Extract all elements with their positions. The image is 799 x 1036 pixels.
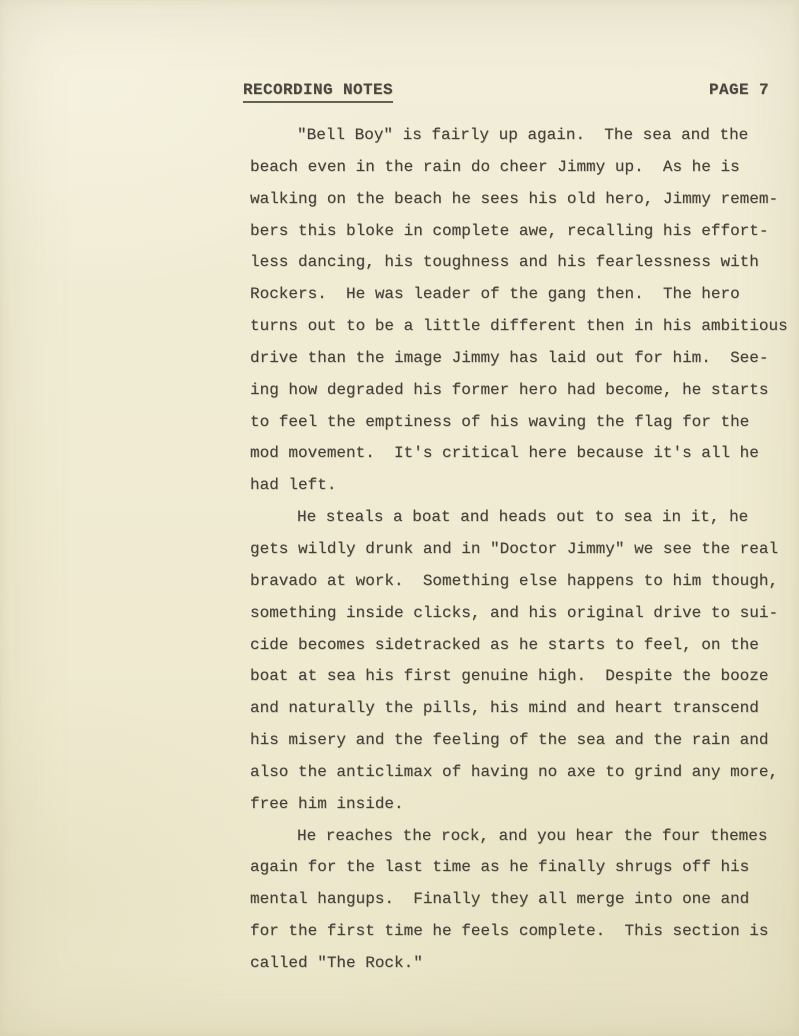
text-line: had left. [250, 470, 796, 502]
text-line: mod movement. It's critical here because… [250, 438, 796, 470]
text-line: again for the last time as he finally sh… [250, 852, 796, 884]
paragraph: "Bell Boy" is fairly up again. The sea a… [250, 120, 796, 502]
text-line: free him inside. [250, 789, 796, 821]
text-line: bravado at work. Something else happens … [250, 566, 796, 598]
header-title: RECORDING NOTES [243, 81, 393, 103]
text-line: drive than the image Jimmy has laid out … [250, 343, 796, 375]
text-line: also the anticlimax of having no axe to … [250, 757, 796, 789]
text-line: cide becomes sidetracked as he starts to… [250, 630, 796, 662]
text-line: "Bell Boy" is fairly up again. The sea a… [250, 120, 796, 152]
text-line: and naturally the pills, his mind and he… [250, 693, 796, 725]
text-line: He reaches the rock, and you hear the fo… [250, 821, 796, 853]
text-line: for the first time he feels complete. Th… [250, 916, 796, 948]
text-line: called "The Rock." [250, 948, 796, 980]
text-line: something inside clicks, and his origina… [250, 598, 796, 630]
text-line: ing how degraded his former hero had bec… [250, 375, 796, 407]
text-line: turns out to be a little different then … [250, 311, 796, 343]
document-body: "Bell Boy" is fairly up again. The sea a… [250, 120, 796, 980]
paragraph: He steals a boat and heads out to sea in… [250, 502, 796, 820]
text-line: Rockers. He was leader of the gang then.… [250, 279, 796, 311]
page-header: RECORDING NOTES PAGE 7 [243, 81, 769, 103]
text-line: bers this bloke in complete awe, recalli… [250, 216, 796, 248]
text-line: gets wildly drunk and in "Doctor Jimmy" … [250, 534, 796, 566]
text-line: boat at sea his first genuine high. Desp… [250, 661, 796, 693]
text-line: mental hangups. Finally they all merge i… [250, 884, 796, 916]
text-line: He steals a boat and heads out to sea in… [250, 502, 796, 534]
text-line: his misery and the feeling of the sea an… [250, 725, 796, 757]
paragraph: He reaches the rock, and you hear the fo… [250, 821, 796, 980]
header-page-number: PAGE 7 [709, 81, 769, 99]
text-line: to feel the emptiness of his waving the … [250, 407, 796, 439]
text-line: walking on the beach he sees his old her… [250, 184, 796, 216]
text-line: less dancing, his toughness and his fear… [250, 247, 796, 279]
text-line: beach even in the rain do cheer Jimmy up… [250, 152, 796, 184]
document-page: RECORDING NOTES PAGE 7 "Bell Boy" is fai… [0, 0, 799, 1036]
